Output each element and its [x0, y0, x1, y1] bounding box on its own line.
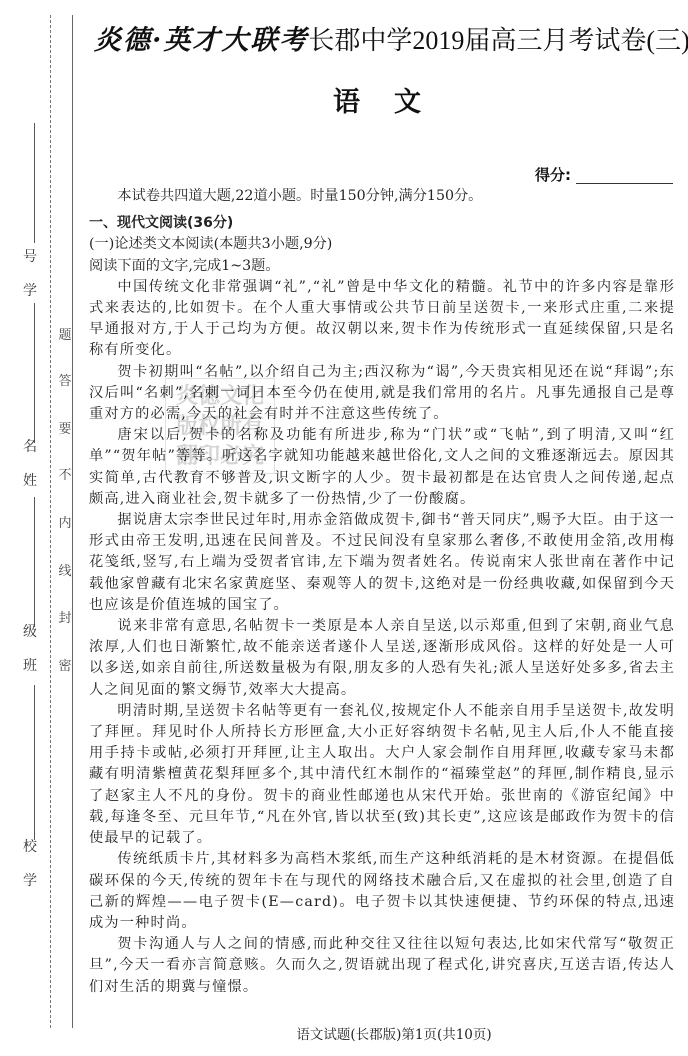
paragraph: 唐宋以后,贺卡的名称及功能有所进步,称为“门状”或“飞帖”,到了明清,又叫“红单… — [89, 425, 675, 510]
paragraph: 中国传统文化非常强调“礼”,“礼”曾是中华文化的精髓。礼节中的许多内容是靠形式来… — [89, 277, 675, 362]
paragraph: 贺卡初期叫“名帖”,以介绍自己为主;西汉称为“谒”,今天贵宾相见还在说“拜谒”;… — [89, 362, 675, 426]
page-footer: 语文试题(长郡版)第1页(共10页) — [0, 1023, 688, 1043]
section-title: 一、现代文阅读(36分) — [89, 213, 675, 234]
exam-instructions: 本试卷共四道大题,22道小题。时量150分钟,满分150分。 — [89, 186, 675, 207]
score-label: 得分: — [535, 164, 571, 185]
seal-char-2: 答 — [58, 370, 72, 389]
paragraph: 说来非常有意思,名帖贺卡一类原是本人亲自呈送,以示郑重,但到了宋朝,商业气息浓厚… — [89, 616, 675, 701]
class-label: 级 班 — [22, 625, 38, 673]
subject-title: 语文 — [0, 80, 688, 119]
seal-char-1: 题 — [58, 324, 72, 343]
paragraph: 明清时期,呈送贺卡名帖等更有一套礼仪,按规定仆人不能亲自用手呈送贺卡,故发明了拜… — [89, 701, 675, 849]
exam-brand: 炎德·英才大联考 — [94, 25, 308, 56]
school-label: 校 学 — [22, 840, 38, 888]
name-line — [34, 497, 35, 627]
score-blank — [576, 183, 673, 184]
fold-dotted-line — [50, 15, 51, 1028]
seal-char-8: 密 — [58, 655, 72, 674]
exam-content: 本试卷共四道大题,22道小题。时量150分钟,满分150分。 一、现代文阅读(3… — [89, 186, 675, 998]
paragraph: 传统纸质卡片,其材料多为高档木浆纸,而生产这种纸消耗的是木材资源。在提倡低碳环保… — [89, 849, 675, 934]
seal-char-7: 封 — [58, 607, 72, 626]
subsection-title: (一)论述类文本阅读(本题共3小题,9分) — [89, 234, 675, 255]
binding-solid-line — [72, 15, 73, 1028]
student-id-line-lower — [34, 303, 35, 443]
paragraph: 贺卡沟通人与人之间的情感,而此种交往又往往以短句表达,比如宋代常写“敬贺正旦”,… — [89, 934, 675, 998]
name-label: 名 姓 — [22, 440, 38, 488]
exam-title: 炎德·英才大联考长郡中学2019届高三月考试卷(三) — [94, 18, 684, 57]
seal-char-5: 内 — [58, 512, 72, 531]
class-line — [34, 685, 35, 840]
student-id-line — [34, 123, 35, 243]
reading-instruction: 阅读下面的文字,完成1~3题。 — [89, 256, 675, 277]
seal-char-6: 线 — [58, 560, 72, 579]
student-id-label: 号 学 — [22, 250, 38, 298]
exam-title-rest: 长郡中学2019届高三月考试卷(三) — [308, 26, 688, 55]
seal-char-4: 不 — [58, 464, 72, 483]
seal-char-3: 要 — [58, 418, 72, 437]
paragraph: 据说唐太宗李世民过年时,用赤金箔做成贺卡,御书“普天同庆”,赐予大臣。由于这一形… — [89, 510, 675, 616]
